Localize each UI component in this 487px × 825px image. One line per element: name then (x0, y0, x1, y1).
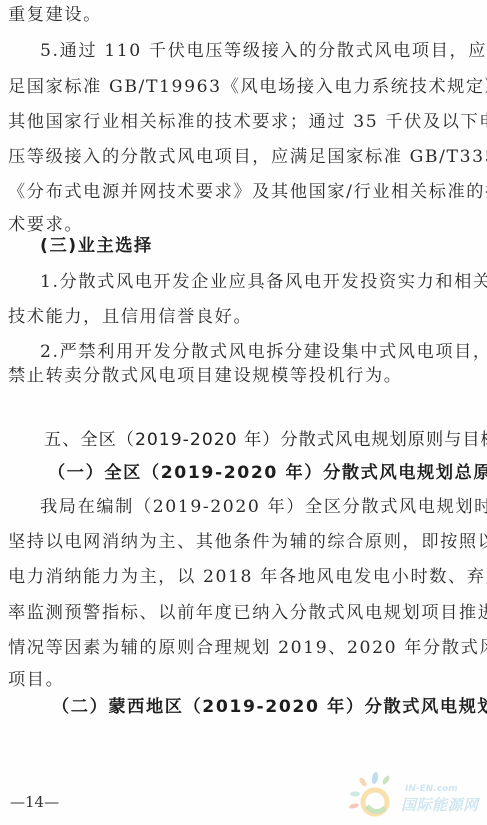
text-line: 重复建设。 (8, 3, 479, 27)
page-number: —14— (10, 793, 59, 811)
document-page: 重复建设。 5.通过 110 千伏电压等级接入的分散式风电项目，应满 足国家标准… (0, 0, 487, 825)
text-line: 《分布式电源并网技术要求》及其他国家/行业相关标准的技 (8, 180, 479, 204)
text-line: 其他国家行业相关标准的技术要求；通过 35 千伏及以下电 (8, 110, 479, 134)
text-line: 1.分散式风电开发企业应具备风电开发投资实力和相关 (40, 270, 479, 294)
section-heading-general-principles: （一）全区（2019-2020 年）分散式风电规划总原则 (48, 461, 479, 485)
section-heading-owner-selection: (三)业主选择 (40, 234, 479, 258)
text-line: 我局在编制（2019-2020 年）全区分散式风电规划时， (40, 495, 479, 519)
watermark-text-cn: 国际能源网 (401, 794, 479, 815)
text-line: 足国家标准 GB/T19963《风电场接入电力系统技术规定》及 (8, 75, 479, 99)
text-line: 禁止转卖分散式风电项目建设规模等投机行为。 (8, 364, 479, 388)
chapter-heading: 五、全区（2019-2020 年）分散式风电规划原则与目标 (44, 428, 479, 452)
text-line: 电力消纳能力为主，以 2018 年各地风电发电小时数、弃风 (8, 565, 479, 589)
section-heading-mengxi-targets: （二）蒙西地区（2019-2020 年）分散式风电规划目标 (52, 695, 479, 719)
text-line: 项目。 (8, 668, 479, 692)
text-line: 5.通过 110 千伏电压等级接入的分散式风电项目，应满 (40, 39, 479, 63)
text-line: 技术能力，且信用信誉良好。 (8, 305, 479, 329)
text-line: 压等级接入的分散式风电项目，应满足国家标准 GB/T33593 (8, 145, 479, 169)
watermark-logo: IN-EN.com 国际能源网 (345, 770, 485, 822)
text-line: 率监测预警指标、以前年度已纳入分散式风电规划项目推进 (8, 601, 479, 625)
sun-logo-icon (345, 770, 405, 822)
text-line: 2.严禁利用开发分散式风电拆分建设集中式风电项目， (40, 340, 479, 364)
text-line: 坚持以电网消纳为主、其他条件为辅的综合原则，即按照以 (8, 530, 479, 554)
watermark-text-en: IN-EN.com (405, 784, 458, 794)
text-line: 情况等因素为辅的原则合理规划 2019、2020 年分散式风电 (8, 636, 479, 660)
